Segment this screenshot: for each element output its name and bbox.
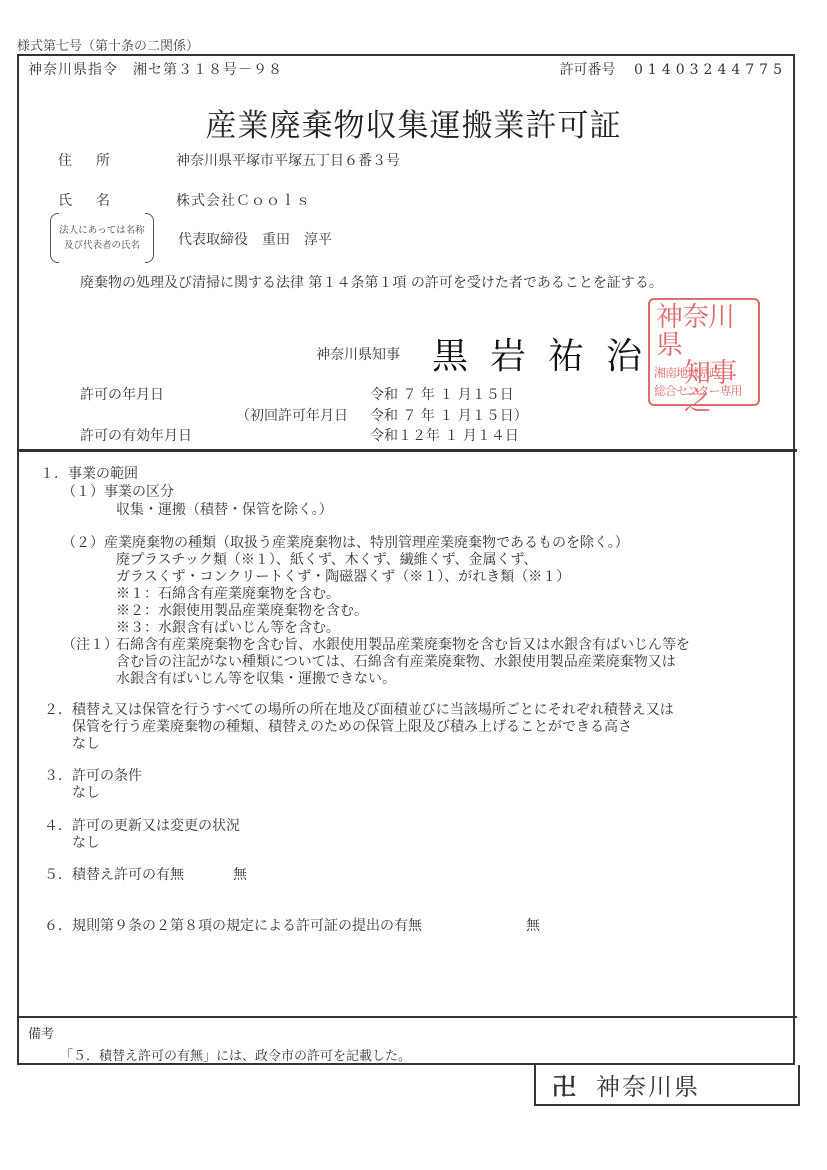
permit-date: 令和 ７ 年 １ 月１５日 [370, 384, 514, 404]
waste-types-line-2: ガラスくず・コンクリートくず・陶磁器くず（※１）、がれき類（※１） [116, 569, 570, 586]
permit-number-label: 許可番号 [560, 62, 616, 78]
section-4-title: ４．許可の更新又は変更の状況 [44, 818, 240, 835]
remarks-divider [17, 1016, 797, 1018]
expiry-date-label: 許可の有効年月日 [80, 425, 192, 445]
section-2-line-2: 保管を行う産業廃棄物の種類、積替えのための保管上限及び積み上げることができる高さ [72, 719, 632, 736]
remarks-text: 「５．積替え許可の有無」には、政令市の許可を記載した。 [60, 1045, 411, 1064]
seal-text-bottom: 湘南地域県政 総合センター専用 [654, 364, 758, 400]
remarks-label: 備考 [28, 1023, 54, 1042]
caution-line-2: 含む旨の注記がない種類については、石綿含有産業廃棄物、水銀使用製品産業廃棄物又は [116, 654, 676, 671]
prefecture-emblem-icon: 卍 [552, 1067, 576, 1102]
section-1-2-title: （２）産業廃棄物の種類（取扱う産業廃棄物は、特別管理産業廃棄物であるものを除く。… [62, 535, 629, 552]
prefecture-name: 神奈川県 [596, 1067, 700, 1102]
caution-label: （注１） [62, 637, 118, 654]
form-number-label: 様式第七号（第十条の二関係） [17, 35, 199, 54]
section-2-value: なし [72, 736, 100, 753]
official-seal: 神奈川県 知事之 湘南地域県政 総合センター専用 [648, 298, 760, 406]
section-6-title: ６．規則第９条の２第８項の規定による許可証の提出の有無 [44, 918, 422, 935]
section-1-1-title: （１）事業の区分 [62, 484, 174, 501]
section-5-value: 無 [233, 867, 247, 884]
company-name: 株式会社Ｃｏｏｌｓ [176, 190, 311, 210]
section-5-title: ５．積替え許可の有無 [44, 867, 184, 884]
directive-number: 神奈川県指令 湘セ第３１８号－９８ [28, 59, 283, 79]
address-label: 住所 [58, 150, 110, 170]
note-3: ※３：水銀含有ばいじん等を含む。 [116, 620, 340, 637]
section-divider [17, 449, 797, 452]
permit-date-label: 許可の年月日 [80, 384, 164, 404]
prefecture-stamp-box: 卍 神奈川県 [534, 1065, 800, 1106]
expiry-date: 令和１２年 １ 月１４日 [370, 425, 519, 445]
section-4-value: なし [72, 835, 100, 852]
document-title: 産業廃棄物収集運搬業許可証 [0, 100, 827, 145]
note-2: ※２：水銀使用製品産業廃棄物を含む。 [116, 603, 368, 620]
caution-line-1: 石綿含有産業廃棄物を含む旨、水銀使用製品産業廃棄物を含む旨又は水銀含有ばいじん等… [116, 637, 690, 654]
note-1: ※１：石綿含有産業廃棄物を含む。 [116, 586, 340, 603]
address-value: 神奈川県平塚市平塚五丁目６番３号 [176, 150, 400, 170]
governor-title: 神奈川県知事 [316, 344, 400, 364]
permit-number: 許可番号 01403244775 [560, 59, 787, 79]
governor-name: 黒岩祐治 [432, 328, 664, 379]
section-6-value: 無 [526, 918, 540, 935]
certification-statement: 廃棄物の処理及び清掃に関する法律 第１４条第１項 の許可を受けた者であることを証… [80, 272, 663, 292]
caution-line-3: 水銀含有ばいじん等を収集・運搬できない。 [116, 671, 396, 688]
representative-note: 法人にあっては名称 及び代表者の氏名 [50, 213, 154, 263]
section-3-title: ３．許可の条件 [44, 768, 142, 785]
representative-name: 代表取締役 重田 淳平 [178, 229, 332, 249]
initial-permit-date: 令和 ７ 年 １ 月１５日） [370, 405, 528, 425]
section-1-1-value: 収集・運搬（積替・保管を除く。） [116, 502, 333, 519]
initial-permit-label: （初回許可年月日 [236, 405, 348, 425]
name-label: 氏名 [58, 190, 110, 210]
section-1-title: １．事業の範囲 [40, 466, 138, 483]
permit-number-value: 01403244775 [634, 62, 787, 78]
waste-types-line-1: 廃プラスチック類（※１）、紙くず、木くず、繊維くず、金属くず、 [116, 552, 537, 569]
section-3-value: なし [72, 785, 100, 802]
section-2-line-1: ２．積替え又は保管を行うすべての場所の所在地及び面積並びに当該場所ごとにそれぞれ… [44, 702, 674, 719]
